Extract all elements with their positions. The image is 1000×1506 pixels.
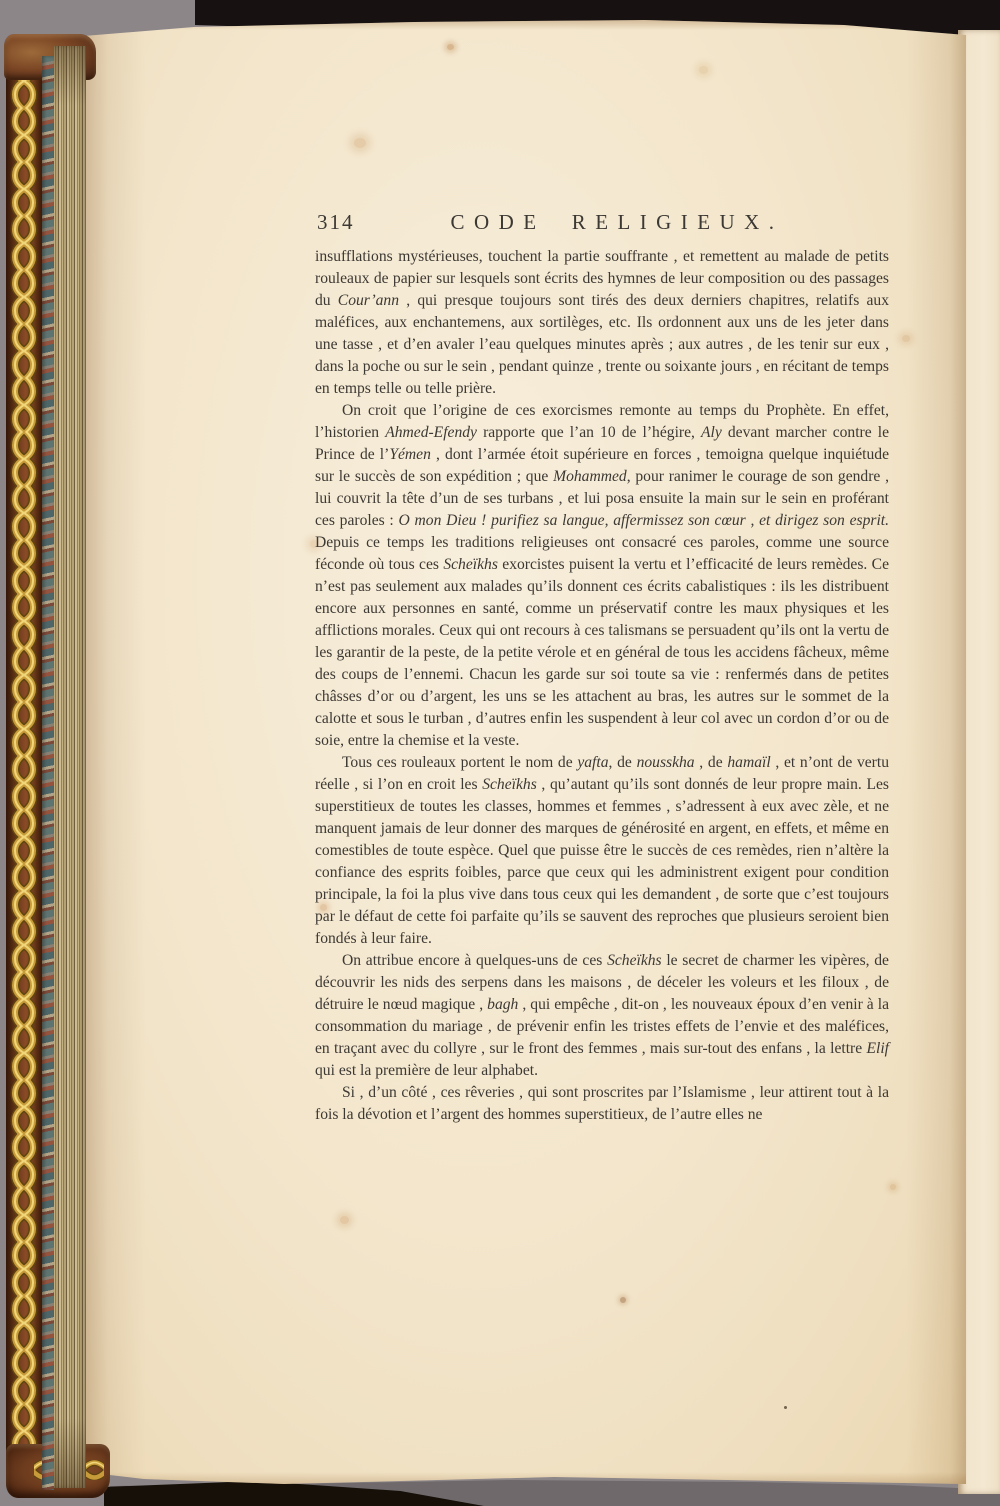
paragraph: On attribue encore à quelques-uns de ces… [315,950,889,1082]
foxing-spot [447,44,454,50]
foxing-spot [890,1184,896,1190]
book-page: 314 CODE RELIGIEUX. insufflations mystér… [84,20,966,1484]
running-header: 314 CODE RELIGIEUX. [315,210,889,238]
paragraph: On croit que l’origine de ces exorcismes… [315,400,889,752]
paragraph: insufflations mystérieuses, touchent la … [315,246,889,400]
paragraph: Si , d’un côté , ces rêveries , qui sont… [315,1082,889,1126]
text-body: insufflations mystérieuses, touchent la … [315,246,889,1126]
ink-speck [784,1406,787,1409]
paragraph: Tous ces rouleaux portent le nom de yaft… [315,752,889,950]
spine-leather [6,42,42,1494]
book-photograph: 314 CODE RELIGIEUX. insufflations mystér… [0,0,1000,1506]
foxing-spot [620,1297,626,1303]
fanned-page-edges [54,46,86,1488]
running-title: CODE RELIGIEUX. [315,210,889,235]
printed-text-area: 314 CODE RELIGIEUX. insufflations mystér… [315,210,889,1126]
marbled-board-edge [42,56,54,1490]
foxing-spot [340,1216,349,1224]
foxing-spot [902,335,910,342]
foxing-spot [699,66,708,74]
foxing-spot [354,138,366,148]
page-number: 314 [317,210,355,235]
gilt-braid-ornament [9,54,39,1478]
